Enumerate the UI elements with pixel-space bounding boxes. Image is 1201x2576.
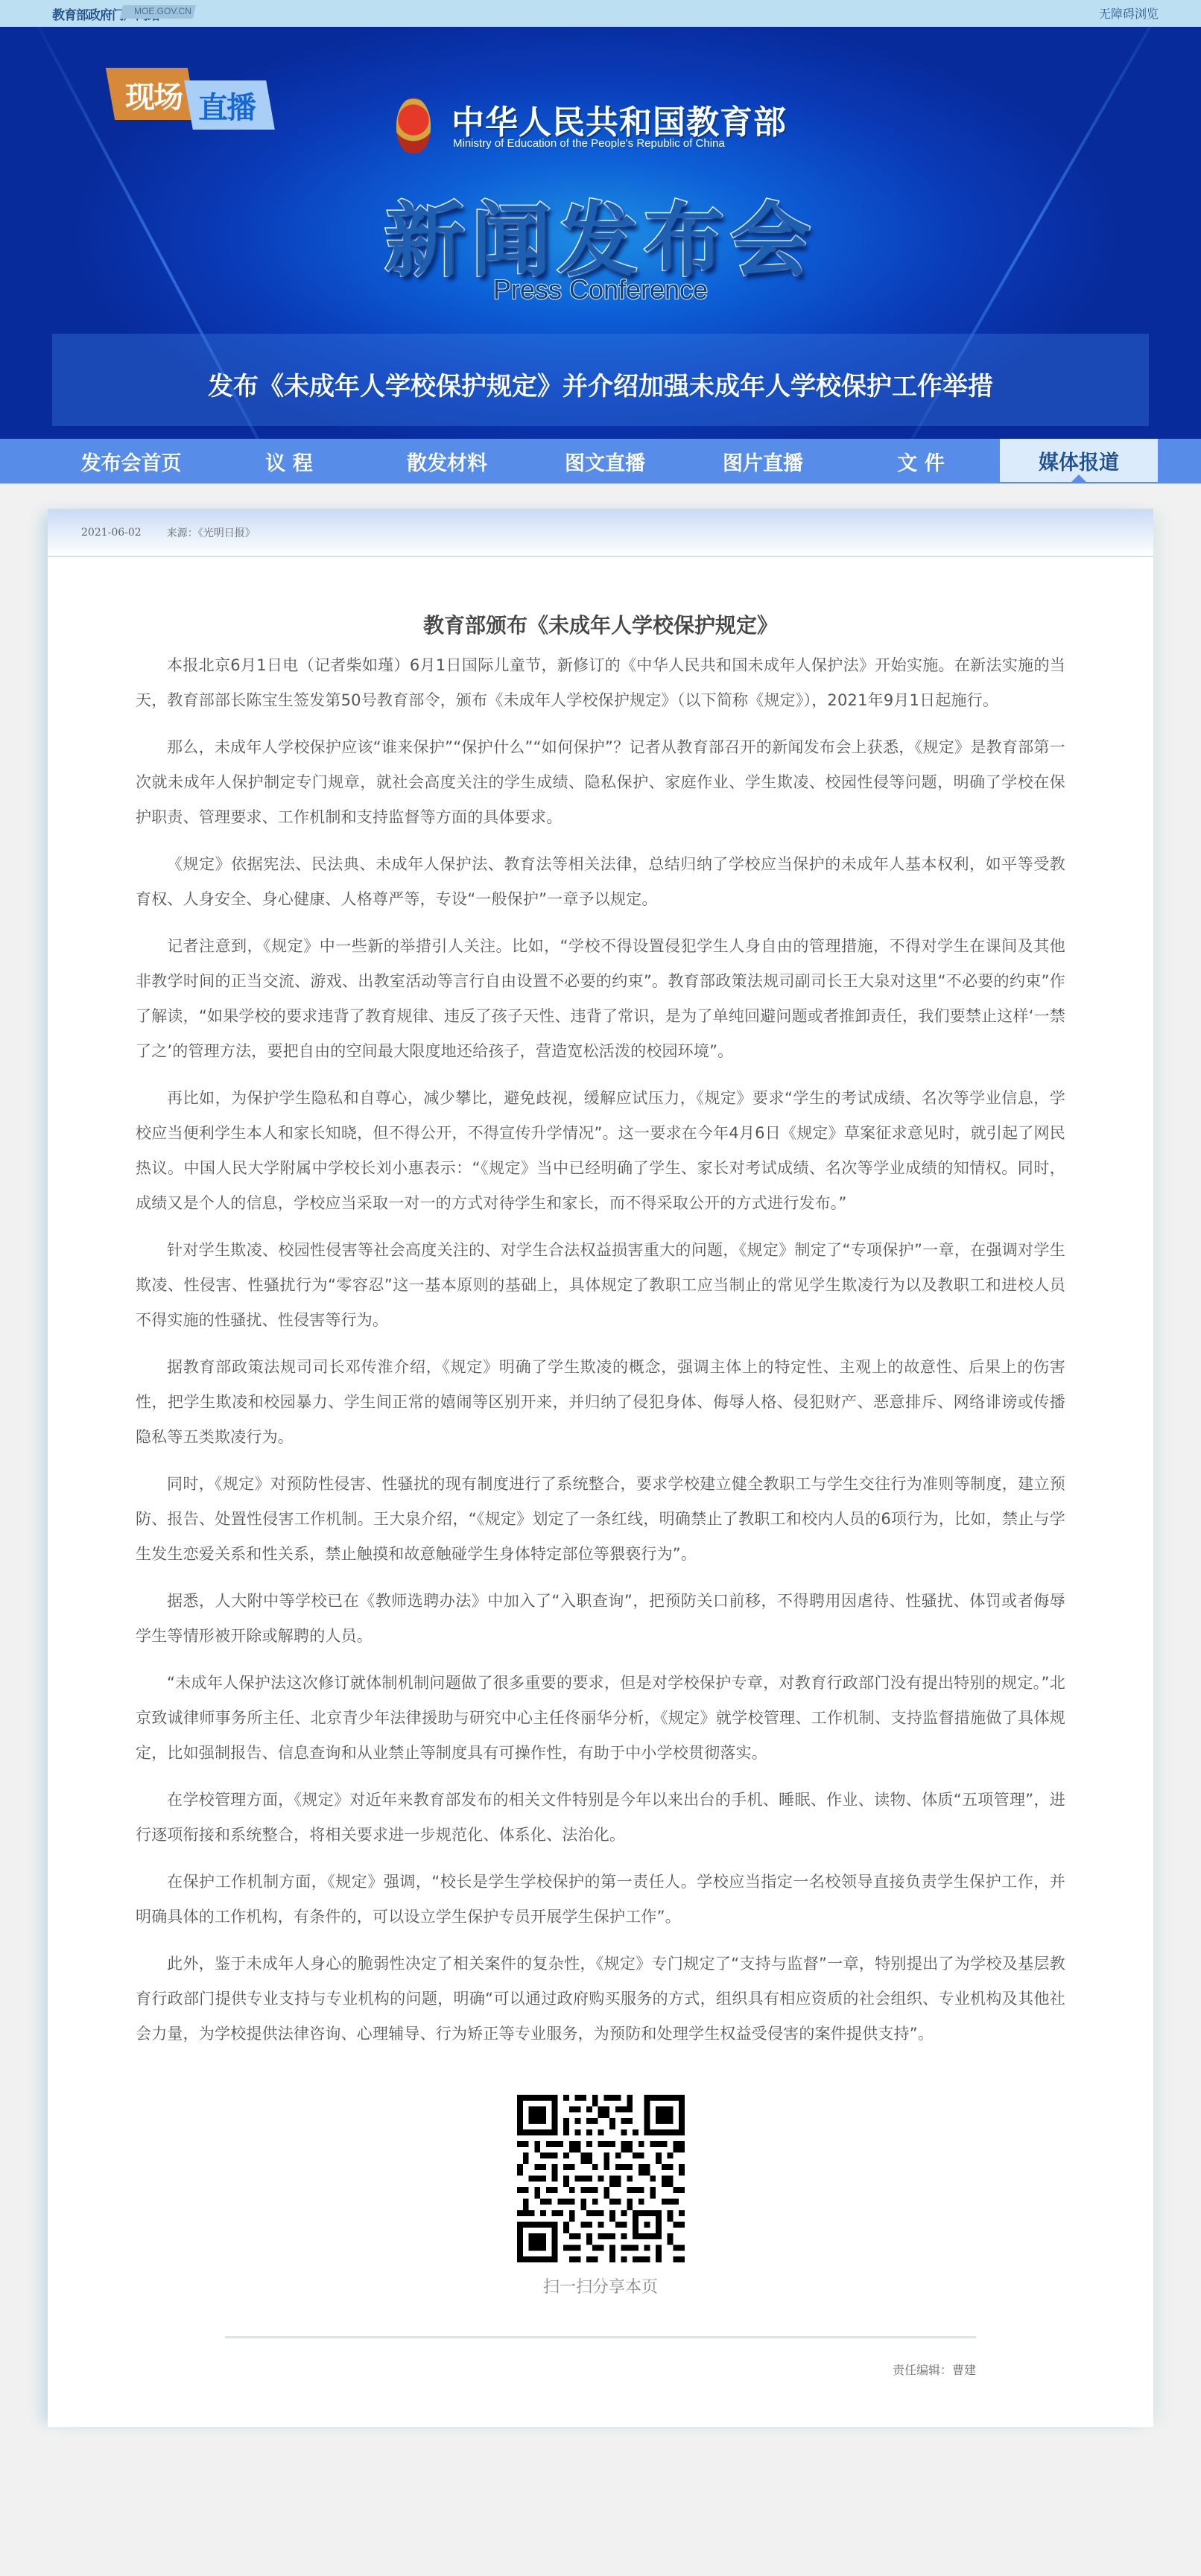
share-qr-section: 扫一扫分享本页 (136, 2095, 1065, 2297)
article-meta-bar: 2021-06-02 来源：《光明日报》 (48, 509, 1153, 557)
national-emblem-icon (396, 98, 431, 153)
article-body: 教育部颁布《未成年人学校保护规定》 本报北京6月1日电（记者柴如瑾）6月1日国际… (16, 557, 1185, 2427)
nav-item-media-reports[interactable]: 媒体报道 (1000, 439, 1158, 482)
press-conference-title-en: Press Conference (0, 274, 1201, 305)
publish-date: 2021-06-02 (81, 527, 142, 539)
live-broadcast-badge: 现场 直播 (110, 68, 334, 131)
press-conference-banner: 现场 直播 中华人民共和国教育部 Ministry of Education o… (0, 27, 1201, 439)
article-card: 2021-06-02 来源：《光明日报》 教育部颁布《未成年人学校保护规定》 本… (48, 509, 1153, 2427)
article-paragraph: 记者注意到，《规定》中一些新的举措引人关注。比如，“学校不得设置侵犯学生人身自由… (136, 929, 1065, 1069)
article-source: 来源：《光明日报》 (167, 525, 256, 540)
article-paragraph: 再比如，为保护学生隐私和自尊心，减少攀比，避免歧视，缓解应试压力，《规定》要求“… (136, 1081, 1065, 1221)
nav-item-home[interactable]: 发布会首页 (52, 439, 210, 483)
article-paragraph: 同时，《规定》对预防性侵害、性骚扰的现有制度进行了系统整合，要求学校建立健全教职… (136, 1467, 1065, 1572)
nav-item-materials[interactable]: 散发材料 (368, 439, 526, 483)
article-paragraph: 据悉，人大附中等学校已在《教师选聘办法》中加入了“入职查询”，把预防关口前移，不… (136, 1584, 1065, 1654)
article-paragraph: 据教育部政策法规司司长邓传淮介绍，《规定》明确了学生欺凌的概念，强调主体上的特定… (136, 1350, 1065, 1455)
domain-label: MOE.GOV.CN (134, 6, 191, 16)
ministry-name-en: Ministry of Education of the People's Re… (453, 137, 725, 150)
ministry-name-cn: 中华人民共和国教育部 (451, 95, 787, 143)
article-paragraph: 在学校管理方面，《规定》对近年来教育部发布的相关文件特别是今年以来出台的手机、睡… (136, 1783, 1065, 1853)
article-title: 教育部颁布《未成年人学校保护规定》 (136, 609, 1065, 639)
responsible-editor: 责任编辑：曹建 (136, 2338, 1065, 2427)
article-paragraph: 针对学生欺凌、校园性侵害等社会高度关注的、对学生合法权益损害重大的问题，《规定》… (136, 1233, 1065, 1338)
page-bottom-spacer (0, 2427, 1201, 2445)
badge-text-onsite: 现场 (125, 74, 182, 116)
nav-item-agenda[interactable]: 议 程 (210, 439, 368, 483)
article-paragraph: 《规定》依据宪法、民法典、未成年人保护法、教育法等相关法律，总结归纳了学校应当保… (136, 847, 1065, 917)
article-paragraph: 本报北京6月1日电（记者柴如瑾）6月1日国际儿童节，新修订的《中华人民共和国未成… (136, 648, 1065, 718)
accessibility-browse-link[interactable]: 无障碍浏览 (1099, 4, 1159, 22)
qr-code-icon[interactable] (517, 2095, 685, 2262)
nav-item-text-live[interactable]: 图文直播 (526, 439, 684, 483)
article-paragraph: 在保护工作机制方面，《规定》强调，“校长是学生学校保护的第一责任人。学校应当指定… (136, 1865, 1065, 1935)
nav-item-photo-live[interactable]: 图片直播 (684, 439, 842, 483)
badge-text-live: 直播 (198, 84, 255, 127)
article-paragraph: “未成年人保护法这次修订就体制机制问题做了很多重要的要求，但是对学校保护专章，对… (136, 1666, 1065, 1771)
article-paragraph: 此外，鉴于未成年人身心的脆弱性决定了相关案件的复杂性，《规定》专门规定了“支持与… (136, 1947, 1065, 2052)
article-paragraph: 那么，未成年人学校保护应该“谁来保护”“保护什么”“如何保护”？记者从教育部召开… (136, 730, 1065, 835)
qr-share-caption: 扫一扫分享本页 (136, 2274, 1065, 2297)
nav-item-documents[interactable]: 文 件 (842, 439, 1000, 483)
main-nav: 发布会首页 议 程 散发材料 图文直播 图片直播 文 件 媒体报道 (0, 439, 1201, 483)
top-bar: 教育部政府门户网站 MOE.GOV.CN 无障碍浏览 (0, 0, 1201, 27)
conference-title: 发布《未成年人学校保护规定》并介绍加强未成年人学校保护工作举措 (0, 366, 1201, 402)
